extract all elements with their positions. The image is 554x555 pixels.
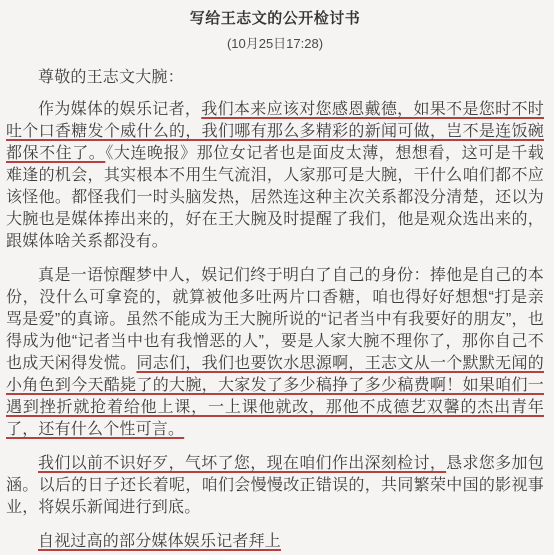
letter-signature: 自视过高的部分媒体娱乐记者拜上 <box>6 531 544 553</box>
letter-paragraph: 我们以前不识好歹，气坏了您，现在咱们作出深刻检讨，恳求您多加包涵。以后的日子还长… <box>6 453 544 519</box>
letter-paragraph: 作为媒体的娱乐记者，我们本来应该对您感恩戴德，如果不是您时不时吐个口香糖发个威什… <box>6 99 544 253</box>
underlined-text: 我们以前不识好歹，气坏了您，现在咱们作出深刻检讨， <box>38 455 446 472</box>
letter-title: 写给王志文的公开检讨书 <box>6 10 544 28</box>
letter-page: 写给王志文的公开检讨书 (10月25日17:28) 尊敬的王志文大腕： 作为媒体… <box>0 0 554 555</box>
letter-paragraph: 真是一语惊醒梦中人，娱记们终于明白了自己的身份：捧他是自己的本份，没什么可拿瓷的… <box>6 265 544 441</box>
letter-salutation: 尊敬的王志文大腕： <box>6 67 544 89</box>
signature-text: 自视过高的部分媒体娱乐记者拜上 <box>38 533 281 550</box>
letter-date: (10月25日17:28) <box>6 36 544 51</box>
plain-text: 作为媒体的娱乐记者， <box>38 101 201 118</box>
letter-body: 作为媒体的娱乐记者，我们本来应该对您感恩戴德，如果不是您时不时吐个口香糖发个威什… <box>6 99 544 519</box>
